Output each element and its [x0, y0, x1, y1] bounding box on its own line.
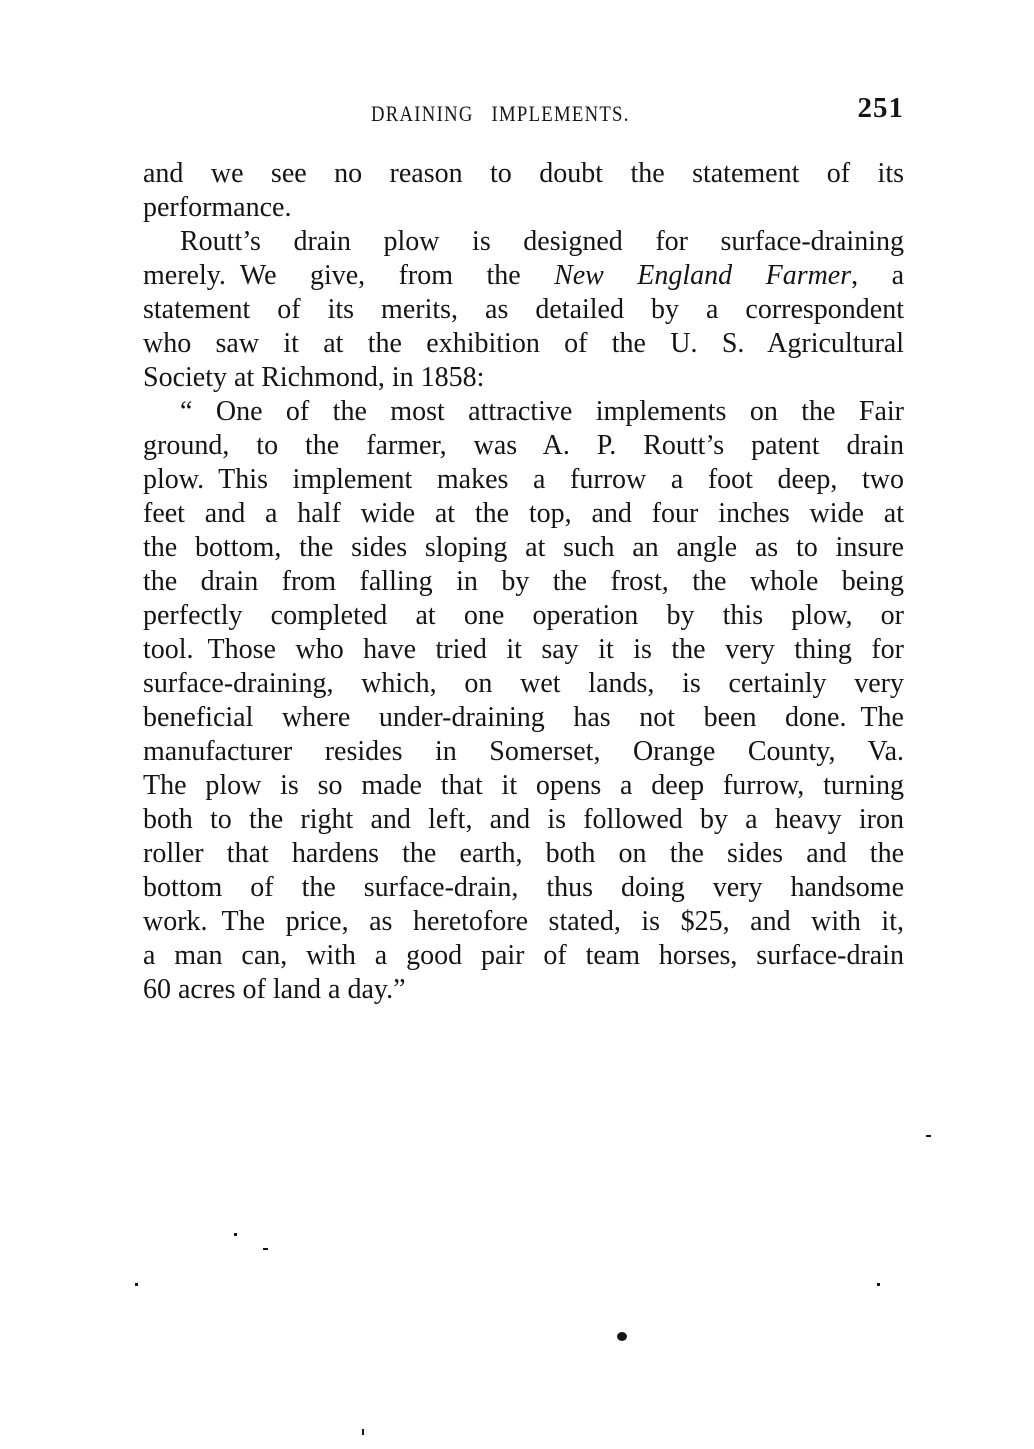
ink-speck [877, 1283, 880, 1286]
text-line: statement of its merits, as detailed by … [143, 293, 904, 327]
paragraph-routt-plow: Routt’s drain plow is designed for surfa… [143, 225, 904, 395]
text-segment: manufacturer resides in Somerset, Orange… [143, 736, 904, 767]
text-segment: surface-draining, which, on wet lands, i… [143, 668, 904, 699]
text-line: beneficial where under-draining has not … [143, 701, 904, 735]
text-segment: statement of its merits, as detailed by … [143, 294, 904, 325]
text-segment: The plow is so made that it opens a deep… [143, 770, 904, 801]
text-line: surface-draining, which, on wet lands, i… [143, 667, 904, 701]
text-line: plow. This implement makes a furrow a fo… [143, 463, 904, 497]
text-line: feet and a half wide at the top, and fou… [143, 497, 904, 531]
ink-speck [234, 1233, 237, 1236]
paragraph-continuation: and we see no reason to doubt the statem… [143, 157, 904, 225]
paragraph-quotation: “ One of the most attractive implements … [143, 395, 904, 1007]
text-segment: beneficial where under-draining has not … [143, 702, 904, 733]
text-segment: tool. Those who have tried it say it is … [143, 634, 904, 665]
ink-speck [362, 1429, 364, 1435]
text-line: The plow is so made that it opens a deep… [143, 769, 904, 803]
page-number: 251 [858, 92, 905, 125]
text-segment: 60 acres of land a day.” [143, 974, 406, 1005]
text-segment: the bottom, the sides sloping at such an… [143, 532, 904, 563]
text-line: ground, to the farmer, was A. P. Routt’s… [143, 429, 904, 463]
text-line: the bottom, the sides sloping at such an… [143, 531, 904, 565]
text-line: roller that hardens the earth, both on t… [143, 837, 904, 871]
text-segment: both to the right and left, and is follo… [143, 804, 904, 835]
text-segment: ground, to the farmer, was A. P. Routt’s… [143, 430, 904, 461]
running-head: DRAINING IMPLEMENTS. [371, 101, 630, 127]
text-segment: Routt’s drain plow is designed for surfa… [180, 226, 904, 257]
text-line: work. The price, as heretofore stated, i… [143, 905, 904, 939]
ink-speck [617, 1332, 627, 1341]
text-line: both to the right and left, and is follo… [143, 803, 904, 837]
text-line: manufacturer resides in Somerset, Orange… [143, 735, 904, 769]
text-line: Society at Richmond, in 1858: [143, 361, 904, 395]
text-line: bottom of the surface-drain, thus doing … [143, 871, 904, 905]
text-segment: performance. [143, 192, 291, 223]
text-line: and we see no reason to doubt the statem… [143, 157, 904, 191]
text-segment: who saw it at the exhibition of the U. S… [143, 328, 904, 359]
italic-text: New England Farmer [554, 260, 851, 291]
text-segment: the drain from falling in by the frost, … [143, 566, 904, 597]
text-segment: feet and a half wide at the top, and fou… [143, 498, 904, 529]
ink-speck [263, 1248, 268, 1250]
page-header: DRAINING IMPLEMENTS. 251 [143, 0, 904, 140]
text-line: tool. Those who have tried it say it is … [143, 633, 904, 667]
text-segment: and we see no reason to doubt the statem… [143, 158, 904, 189]
text-line: perfectly completed at one operation by … [143, 599, 904, 633]
text-line: 60 acres of land a day.” [143, 973, 904, 1007]
text-segment: bottom of the surface-drain, thus doing … [143, 872, 904, 903]
text-segment: “ One of the most attractive implements … [180, 396, 904, 427]
text-line: who saw it at the exhibition of the U. S… [143, 327, 904, 361]
text-line: the drain from falling in by the frost, … [143, 565, 904, 599]
text-segment: perfectly completed at one operation by … [143, 600, 904, 631]
text-line: performance. [143, 191, 904, 225]
book-page: DRAINING IMPLEMENTS. 251 and we see no r… [0, 0, 1034, 1449]
text-segment: merely. We give, from the [143, 260, 554, 291]
ink-speck [926, 1135, 931, 1137]
text-line: “ One of the most attractive implements … [143, 395, 904, 429]
ink-speck [135, 1283, 138, 1286]
text-segment: roller that hardens the earth, both on t… [143, 838, 904, 869]
text-line: a man can, with a good pair of team hors… [143, 939, 904, 973]
text-segment: a man can, with a good pair of team hors… [143, 940, 904, 971]
text-segment: , a [851, 260, 904, 291]
text-segment: work. The price, as heretofore stated, i… [143, 906, 904, 937]
text-segment: Society at Richmond, in 1858: [143, 362, 484, 393]
page-body: and we see no reason to doubt the statem… [143, 157, 904, 1007]
text-line: Routt’s drain plow is designed for surfa… [143, 225, 904, 259]
text-line: merely. We give, from the New England Fa… [143, 259, 904, 293]
text-segment: plow. This implement makes a furrow a fo… [143, 464, 904, 495]
